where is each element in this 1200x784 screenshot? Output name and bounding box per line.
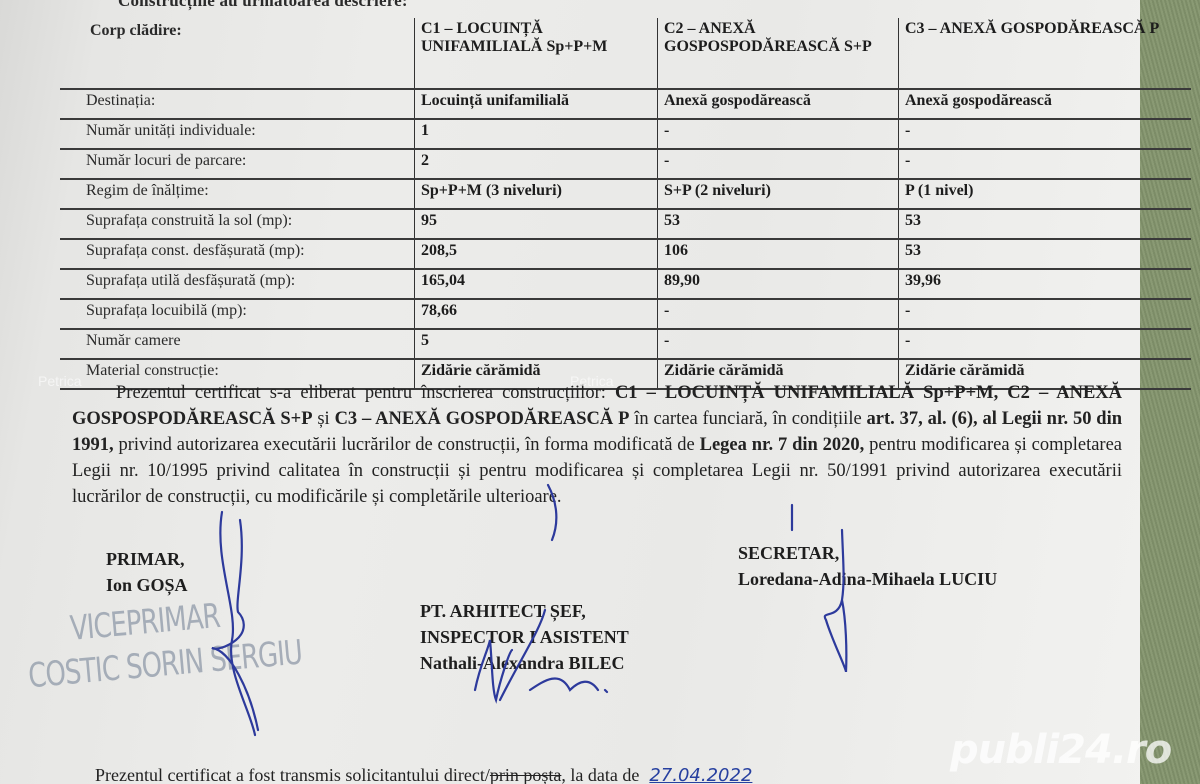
paragraph-bold: Legea nr. 7 din 2020, [700, 435, 865, 455]
cell-c2: 53 [658, 209, 899, 239]
footer-struck-text: prin poșta [490, 765, 562, 784]
cell-c3: - [899, 119, 1192, 149]
row-label: Număr camere [60, 329, 415, 359]
cell-c1: 1 [415, 119, 658, 149]
cell-c1: Locuință unifamilială [415, 89, 658, 119]
table-row: Suprafața utilă desfășurată (mp):165,048… [60, 269, 1191, 299]
cell-c1: 2 [415, 149, 658, 179]
table-row: Număr locuri de parcare:2-- [60, 149, 1191, 179]
row-label: Suprafața locuibilă (mp): [60, 299, 415, 329]
table-row: Număr camere5-- [60, 329, 1191, 359]
row-label: Număr locuri de parcare: [60, 149, 415, 179]
footer-text: Prezentul certificat a fost transmis sol… [95, 765, 490, 784]
table-row: Regim de înălțime:Sp+P+M (3 niveluri)S+P… [60, 179, 1191, 209]
column-header-c3: C3 – ANEXĂ GOSPODĂREASCĂ P [899, 18, 1192, 89]
row-label: Număr unități individuale: [60, 119, 415, 149]
table-row: Destinația:Locuință unifamilialăAnexă go… [60, 89, 1191, 119]
arhitect-title: PT. ARHITECT ȘEF, [420, 598, 629, 624]
arhitect-name: Nathali-Alexandra BILEC [420, 650, 629, 676]
table-header-row: Corp clădire: C1 – LOCUINȚĂ UNIFAMILIALĂ… [60, 18, 1191, 89]
header-label: Corp clădire: [60, 18, 415, 89]
column-header-c1: C1 – LOCUINȚĂ UNIFAMILIALĂ Sp+P+M [415, 18, 658, 89]
arhitect-role: INSPECTOR I ASISTENT [420, 624, 629, 650]
paragraph-text: în cartea funciară, în condițiile [629, 409, 866, 429]
paragraph-text: privind autorizarea executării lucrărilo… [114, 435, 700, 455]
table-row: Număr unități individuale:1-- [60, 119, 1191, 149]
primar-name: Ion GOȘA [106, 572, 188, 598]
cell-c3: - [899, 299, 1192, 329]
cell-c2: - [658, 119, 899, 149]
column-header-c2: C2 – ANEXĂ GOSPOSPODĂREASCĂ S+P [658, 18, 899, 89]
cell-c2: - [658, 149, 899, 179]
row-label: Regim de înălțime: [60, 179, 415, 209]
certificate-paragraph: Prezentul certificat s-a eliberat pentru… [72, 380, 1122, 510]
cell-c3: 53 [899, 209, 1192, 239]
cell-c1: 5 [415, 329, 658, 359]
signature-block-primar: PRIMAR, Ion GOȘA [106, 546, 188, 598]
paragraph-bold: C3 – ANEXĂ GOSPODĂREASCĂ P [335, 409, 630, 429]
watermark-user: Petrica [570, 373, 614, 389]
table-row: Suprafața locuibilă (mp):78,66-- [60, 299, 1191, 329]
cell-c1: 208,5 [415, 239, 658, 269]
cell-c2: Anexă gospodărească [658, 89, 899, 119]
section-title: Construcțiile au următoarea descriere: [118, 0, 408, 11]
secretar-name: Loredana-Adina-Mihaela LUCIU [738, 566, 997, 592]
footer-transmission-note: Prezentul certificat a fost transmis sol… [95, 765, 752, 784]
cell-c3: Anexă gospodărească [899, 89, 1192, 119]
row-label: Destinația: [60, 89, 415, 119]
cell-c3: 53 [899, 239, 1192, 269]
cell-c1: Sp+P+M (3 niveluri) [415, 179, 658, 209]
paragraph-text: Prezentul certificat s-a eliberat pentru… [116, 383, 615, 403]
row-label: Suprafața const. desfășurată (mp): [60, 239, 415, 269]
construction-description-table: Corp clădire: C1 – LOCUINȚĂ UNIFAMILIALĂ… [60, 18, 1191, 390]
cell-c2: - [658, 299, 899, 329]
watermark-site-logo: publi24.ro [950, 727, 1171, 773]
cell-c3: - [899, 329, 1192, 359]
row-label: Suprafața construită la sol (mp): [60, 209, 415, 239]
footer-text: , la data de [561, 765, 639, 784]
table-row: Suprafața const. desfășurată (mp):208,51… [60, 239, 1191, 269]
cell-c3: P (1 nivel) [899, 179, 1192, 209]
cell-c2: S+P (2 niveluri) [658, 179, 899, 209]
cell-c3: - [899, 149, 1192, 179]
primar-title: PRIMAR, [106, 546, 188, 572]
secretar-title: SECRETAR, [738, 540, 997, 566]
cell-c2: 106 [658, 239, 899, 269]
signature-block-arhitect: PT. ARHITECT ȘEF, INSPECTOR I ASISTENT N… [420, 598, 629, 676]
cell-c2: 89,90 [658, 269, 899, 299]
paragraph-text: și [313, 409, 335, 429]
table-row: Suprafața construită la sol (mp):955353 [60, 209, 1191, 239]
cell-c1: 95 [415, 209, 658, 239]
handwritten-date: 27.04.2022 [649, 765, 752, 784]
cell-c1: 165,04 [415, 269, 658, 299]
cell-c3: 39,96 [899, 269, 1192, 299]
cell-c1: 78,66 [415, 299, 658, 329]
signature-block-secretar: SECRETAR, Loredana-Adina-Mihaela LUCIU [738, 540, 997, 592]
watermark-user: Petrica [38, 373, 82, 389]
row-label: Suprafața utilă desfășurată (mp): [60, 269, 415, 299]
cell-c2: - [658, 329, 899, 359]
